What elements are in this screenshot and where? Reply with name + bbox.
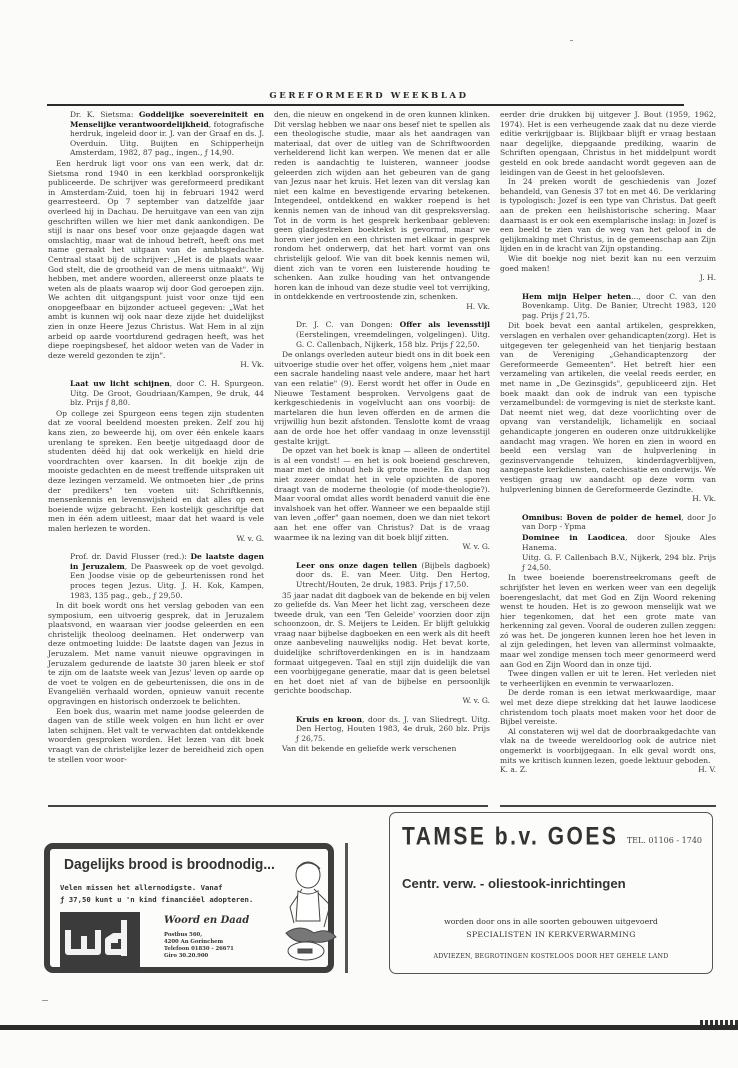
review-text: Dit boek bevat een aantal artikelen, ges… bbox=[500, 321, 716, 493]
book-author: Dr. J. C. van Dongen: bbox=[296, 320, 400, 329]
ad-address: Postbus 560, 4200 An Gorinchem Telefoon … bbox=[164, 932, 234, 960]
review-text: Wie dit boekje nog niet bezit kan nu een… bbox=[500, 254, 716, 273]
book-author: Prof. dr. David Flusser (red.): bbox=[70, 552, 191, 561]
ad-subtext-line: Velen missen het allernodigste. Vanaf bbox=[60, 882, 290, 894]
page-bottom-edge-marks bbox=[700, 1020, 738, 1025]
review-text: Een herdruk ligt voor ons van een werk, … bbox=[48, 159, 264, 360]
book-title: Dominee in Laodicea bbox=[522, 533, 625, 542]
review-paragraph: Twee dingen vallen er uit te leren. Het … bbox=[500, 669, 716, 688]
reviewer-signature: W. v. G. bbox=[48, 534, 264, 544]
reviewer-signature: H. Vk. bbox=[274, 302, 490, 312]
reviewer-signature: J. H. bbox=[500, 273, 716, 283]
print-speck bbox=[42, 1000, 48, 1001]
woord-en-daad-advertisement: Dagelijks brood is broodnodig... Velen m… bbox=[44, 843, 334, 973]
ad-headline: Dagelijks brood is broodnodig... bbox=[64, 856, 275, 873]
review-text: In dit boek wordt ons het verslag gebode… bbox=[48, 601, 264, 706]
header-rule bbox=[47, 104, 684, 106]
ad-subtext-line: ƒ 37,50 kunt u 'n kind financiëel adopte… bbox=[60, 894, 290, 906]
book-reference: Dominee in Laodicea, door Sjouke Ales Ha… bbox=[500, 533, 716, 552]
wd-logo-icon bbox=[60, 912, 140, 970]
review-text: Twee dingen vallen er uit te leren. Het … bbox=[500, 669, 716, 688]
book-reference: Dr. K. Sietsma: Goddelijke soevereinitei… bbox=[48, 110, 264, 158]
review-paragraph: De onlangs overleden auteur biedt ons in… bbox=[274, 350, 490, 446]
book-reference: Prof. dr. David Flusser (red.): De laats… bbox=[48, 552, 264, 600]
review-paragraph: den, die nieuw en ongekend in de oren ku… bbox=[274, 110, 490, 302]
book-title: Hem mijn Helper heten bbox=[522, 292, 631, 301]
print-speck bbox=[570, 40, 573, 41]
reviewer-signature: H. Vk. bbox=[48, 360, 264, 370]
reviewer-signature: H. V. bbox=[698, 765, 716, 775]
article-column-3: eerder drie drukken bij uitgever J. Bout… bbox=[500, 110, 716, 775]
review-paragraph: Dit boek bevat een aantal artikelen, ges… bbox=[500, 321, 716, 494]
ad-brand: TAMSE b.v. GOES bbox=[402, 823, 618, 852]
reviewer-signature: H. Vk. bbox=[500, 494, 716, 504]
reviewer-signature: W. v. G. bbox=[274, 542, 490, 552]
review-paragraph: Al constateren wij wel dat de doorbraakg… bbox=[500, 727, 716, 765]
book-title: Leer ons onze dagen tellen bbox=[296, 561, 417, 570]
child-illustration-icon bbox=[280, 857, 340, 969]
source-initials: K. a. Z. bbox=[500, 765, 527, 775]
book-reference: Laat uw licht schijnen, door C. H. Spurg… bbox=[48, 379, 264, 408]
ad-line: ADVIEZEN, BEGROTINGEN KOSTELOOS DOOR HET… bbox=[390, 953, 712, 960]
book-title: Offer als levensstijl bbox=[400, 320, 490, 329]
review-text: Een boek dus, waarin met name joodse gel… bbox=[48, 707, 264, 764]
address-line: Postbus 560, bbox=[164, 932, 234, 939]
review-paragraph: De derde roman is een ietwat merkwaardig… bbox=[500, 688, 716, 726]
review-paragraph: Een herdruk ligt voor ons van een werk, … bbox=[48, 159, 264, 360]
column-bottom-rule bbox=[48, 805, 488, 807]
address-line: 4200 An Gorinchem bbox=[164, 939, 234, 946]
ad-divider bbox=[345, 843, 348, 973]
review-text: De onlangs overleden auteur biedt ons in… bbox=[274, 350, 490, 445]
article-column-2: den, die nieuw en ongekend in de oren ku… bbox=[274, 110, 490, 754]
publication-title: GEREFORMEERD WEEKBLAD bbox=[0, 91, 738, 101]
review-paragraph: In twee boeiende boerenstreekromans geef… bbox=[500, 573, 716, 669]
review-paragraph: 35 jaar nadat dit dagboek van de bekende… bbox=[274, 591, 490, 697]
page-bottom-edge bbox=[0, 1025, 738, 1030]
book-reference: Uitg. G. F. Callenbach B.V., Nijkerk, 29… bbox=[500, 553, 716, 572]
book-reference: Leer ons onze dagen tellen (Bijbels dagb… bbox=[274, 561, 490, 590]
address-line: Giro 30.20.900 bbox=[164, 953, 234, 960]
review-text: Op college zei Spurgeon eens tegen zijn … bbox=[48, 409, 264, 533]
review-paragraph: Van dit bekende en geliefde werk versche… bbox=[274, 744, 490, 754]
ad-organization: Woord en Daad bbox=[164, 915, 249, 926]
review-text: Al constateren wij wel dat de doorbraakg… bbox=[500, 727, 716, 765]
book-title: Omnibus: Boven de polder de hemel bbox=[522, 513, 681, 522]
review-text: In twee boeiende boerenstreekromans geef… bbox=[500, 573, 716, 668]
column-bottom-rule bbox=[500, 805, 716, 807]
review-paragraph: Op college zei Spurgeon eens tegen zijn … bbox=[48, 409, 264, 534]
review-paragraph: De opzet van het boek is knap — alleen d… bbox=[274, 446, 490, 542]
review-text: In 24 preken wordt de geschiedenis van J… bbox=[500, 177, 716, 253]
ad-subtext: Velen missen het allernodigste. Vanaf ƒ … bbox=[60, 882, 290, 906]
reviewer-signature: W. v. G. bbox=[274, 696, 490, 706]
book-title: Laat uw licht schijnen bbox=[70, 379, 170, 388]
book-reference: Omnibus: Boven de polder de hemel, door … bbox=[500, 513, 716, 532]
address-line: Telefoon 01830 - 26671 bbox=[164, 946, 234, 953]
book-details: Uitg. G. F. Callenbach B.V., Nijkerk, 29… bbox=[522, 553, 716, 572]
signature-line: K. a. Z.H. V. bbox=[500, 765, 716, 775]
article-column-1: Dr. K. Sietsma: Goddelijke soevereinitei… bbox=[48, 110, 264, 764]
book-reference: Kruis en kroon, door ds. J. van Sliedreg… bbox=[274, 715, 490, 744]
book-title: Kruis en kroon bbox=[296, 715, 362, 724]
review-text: De opzet van het boek is knap — alleen d… bbox=[274, 446, 490, 541]
ad-telephone: TEL. 01106 - 1740 bbox=[627, 836, 702, 845]
book-author: Dr. K. Sietsma: bbox=[70, 110, 139, 119]
review-text: den, die nieuw en ongekend in de oren ku… bbox=[274, 110, 490, 301]
ad-line: worden door ons in alle soorten gebouwen… bbox=[390, 917, 712, 926]
book-details: (Eerstelingen, vreemdelingen, volgelinge… bbox=[296, 330, 490, 349]
ad-line: SPECIALISTEN IN KERKVERWARMING bbox=[390, 930, 712, 939]
review-paragraph: In 24 preken wordt de geschiedenis van J… bbox=[500, 177, 716, 254]
tamse-advertisement: TAMSE b.v. GOES TEL. 01106 - 1740 Centr.… bbox=[389, 812, 713, 974]
review-text: De derde roman is een ietwat merkwaardig… bbox=[500, 688, 716, 726]
review-text: eerder drie drukken bij uitgever J. Bout… bbox=[500, 110, 716, 177]
review-paragraph: Wie dit boekje nog niet bezit kan nu een… bbox=[500, 254, 716, 273]
review-text: Van dit bekende en geliefde werk versche… bbox=[282, 744, 456, 753]
review-paragraph: In dit boek wordt ons het verslag gebode… bbox=[48, 601, 264, 707]
book-reference: Dr. J. C. van Dongen: Offer als levensst… bbox=[274, 320, 490, 349]
review-paragraph: eerder drie drukken bij uitgever J. Bout… bbox=[500, 110, 716, 177]
book-reference: Hem mijn Helper heten..., door C. van de… bbox=[500, 292, 716, 321]
ad-service: Centr. verw. - oliestook-inrichtingen bbox=[402, 876, 626, 891]
review-paragraph: Een boek dus, waarin met name joodse gel… bbox=[48, 707, 264, 765]
review-text: 35 jaar nadat dit dagboek van de bekende… bbox=[274, 591, 490, 696]
